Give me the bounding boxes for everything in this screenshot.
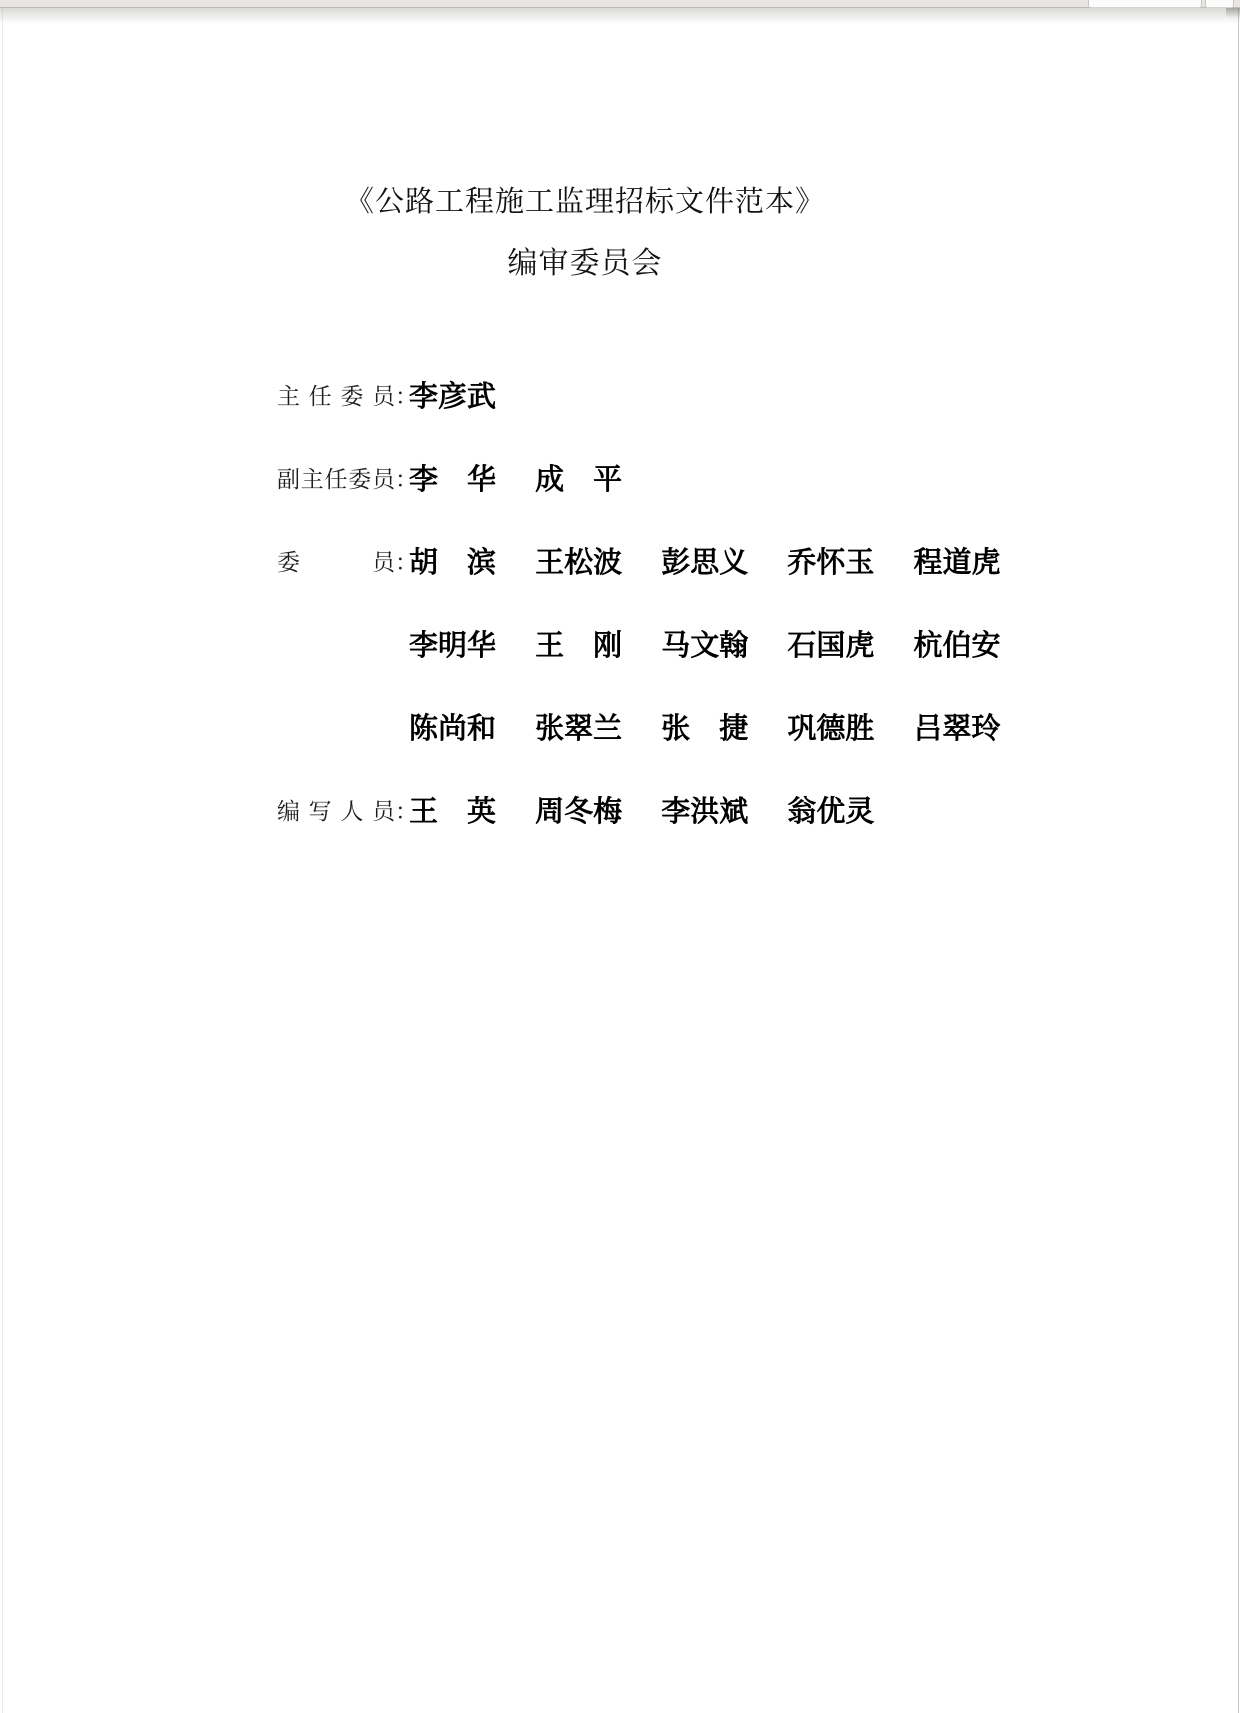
row-names: 胡 滨 王松波 彭思义 乔怀玉 程道虎	[409, 540, 1000, 581]
member-name: 张 捷	[661, 711, 748, 745]
member-name: 翁优灵	[787, 794, 874, 828]
member-name: 巩德胜	[787, 711, 874, 745]
member-row-committee-1: 委员 ： 胡 滨 王松波 彭思义 乔怀玉 程道虎	[0, 519, 1170, 602]
member-name: 李彦武	[409, 379, 496, 413]
member-name: 程道虎	[913, 545, 1000, 579]
member-name: 周冬梅	[535, 794, 622, 828]
row-label: 主任委员	[277, 378, 395, 411]
document-subtitle: 编审委员会	[0, 242, 1170, 286]
member-row-vice-chairmen: 副主任委员 ： 李 华 成 平	[0, 436, 1170, 519]
row-colon: ：	[395, 461, 409, 494]
member-name: 乔怀玉	[787, 545, 874, 579]
member-name: 马文翰	[661, 628, 748, 662]
member-name: 吕翠玲	[913, 711, 1000, 745]
member-name: 胡 滨	[409, 545, 496, 579]
document-page: 《公路工程施工监理招标文件范本》 编审委员会 主任委员 ： 李彦武 副主任委员 …	[0, 0, 1170, 1713]
committee-member-list: 主任委员 ： 李彦武 副主任委员 ： 李 华 成 平 委员 ： 胡 滨	[0, 353, 1170, 851]
toolbar-button-partial[interactable]	[1205, 0, 1234, 8]
toolbar-button-partial[interactable]	[1088, 0, 1202, 8]
row-names: 李 华 成 平	[409, 457, 622, 498]
member-row-committee-2: 李明华 王 刚 马文翰 石国虎 杭伯安	[0, 602, 1170, 685]
row-label: 编写人员	[277, 793, 395, 826]
document-title: 《公路工程施工监理招标文件范本》	[0, 178, 1170, 224]
member-name: 石国虎	[787, 628, 874, 662]
page-top-shadow	[0, 8, 1240, 24]
member-name: 张翠兰	[535, 711, 622, 745]
row-names: 李明华 王 刚 马文翰 石国虎 杭伯安	[409, 623, 1000, 664]
member-name: 杭伯安	[913, 628, 1000, 662]
row-names: 李彦武	[409, 374, 496, 415]
member-name: 王 刚	[535, 628, 622, 662]
row-label: 委员	[277, 544, 395, 577]
row-label: 副主任委员	[277, 461, 395, 494]
screen: 《公路工程施工监理招标文件范本》 编审委员会 主任委员 ： 李彦武 副主任委员 …	[0, 0, 1240, 1713]
member-name: 李明华	[409, 628, 496, 662]
row-names: 陈尚和 张翠兰 张 捷 巩德胜 吕翠玲	[409, 706, 1000, 747]
corner-shadow	[1226, 8, 1240, 18]
member-name: 李 华	[409, 462, 496, 496]
member-name: 成 平	[535, 462, 622, 496]
row-colon: ：	[395, 544, 409, 577]
member-row-committee-3: 陈尚和 张翠兰 张 捷 巩德胜 吕翠玲	[0, 685, 1170, 768]
row-colon: ：	[395, 378, 409, 411]
member-name: 王 英	[409, 794, 496, 828]
member-name: 彭思义	[661, 545, 748, 579]
member-row-editors: 编写人员 ： 王 英 周冬梅 李洪斌 翁优灵	[0, 768, 1170, 851]
member-row-chairman: 主任委员 ： 李彦武	[0, 353, 1170, 436]
row-names: 王 英 周冬梅 李洪斌 翁优灵	[409, 789, 874, 830]
scrollbar-track-border	[1238, 8, 1239, 1713]
member-name: 李洪斌	[661, 794, 748, 828]
member-name: 王松波	[535, 545, 622, 579]
browser-chrome-strip	[0, 0, 1240, 8]
row-colon: ：	[395, 793, 409, 826]
member-name: 陈尚和	[409, 711, 496, 745]
